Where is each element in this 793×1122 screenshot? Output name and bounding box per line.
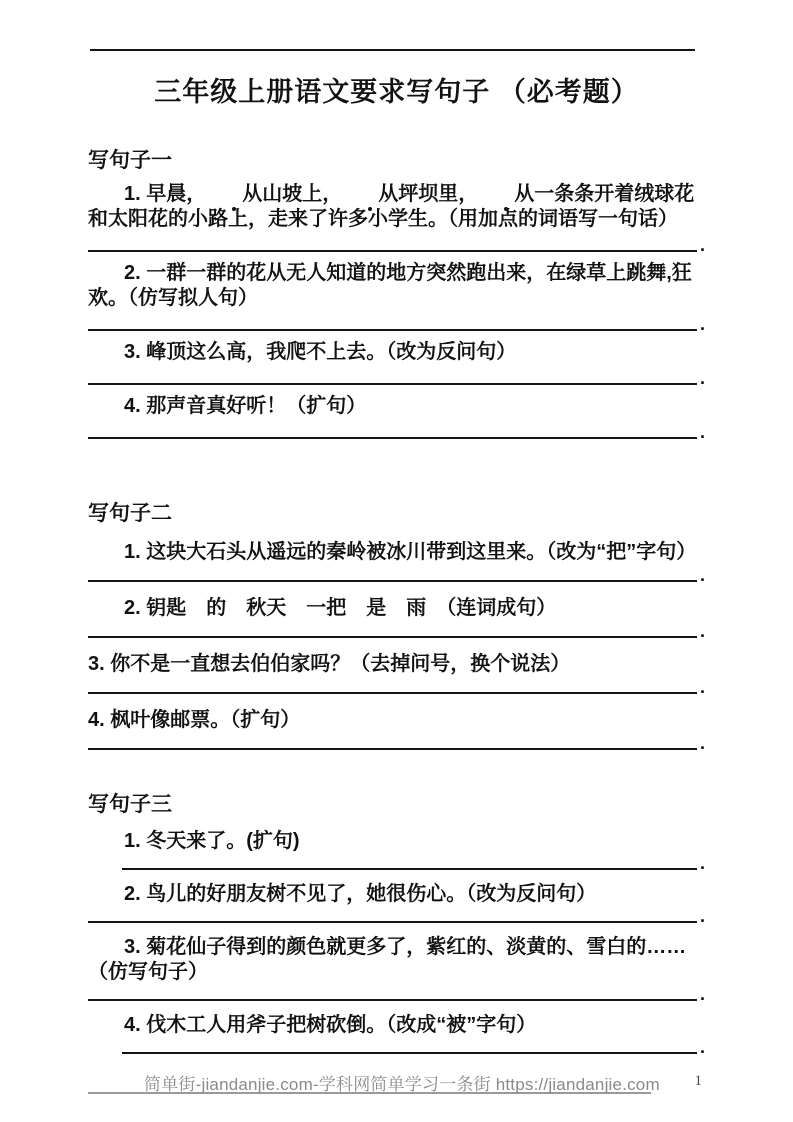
worksheet-section: 写句子一1. 早晨，从山坡上，从坪坝里，从一条条开着绒球花和太阳花的小路上，走来… (88, 148, 705, 439)
blank-line-period: . (700, 988, 705, 1000)
answer-blank-row: . (88, 733, 705, 750)
answer-blank-row: . (122, 854, 705, 870)
worksheet-page: 三年级上册语文要求写句子 （必考题） 写句子一1. 早晨，从山坡上，从坪坝里，从… (0, 0, 793, 1122)
answer-blank-line (88, 230, 697, 252)
emphasized-char: 从 (478, 182, 534, 207)
question-text-segment: 坪坝里， (398, 183, 478, 205)
answer-blank-line (88, 905, 697, 923)
answer-blank-row: . (88, 621, 705, 638)
answer-blank-row: . (88, 985, 705, 1001)
answer-blank-line (88, 363, 697, 385)
blank-line-period: . (700, 1041, 705, 1053)
blank-line-period: . (700, 681, 705, 693)
question-text: 3. 峰顶这么高，我爬不上去。（改为反问句） (88, 340, 705, 365)
answer-blank-row: . (88, 677, 705, 694)
page-title: 三年级上册语文要求写句子 （必考题） (88, 0, 705, 108)
question-text-segment: 山坡上， (262, 183, 342, 205)
question-text: 1. 冬天来了。(扩句) (88, 829, 705, 854)
blank-line-period: . (700, 239, 705, 251)
question-text: 1. 这块大石头从遥远的秦岭被冰川带到这里来。（改为“把”字句） (88, 540, 705, 565)
answer-blank-row: . (88, 419, 705, 439)
blank-line-period: . (700, 569, 705, 581)
section-heading: 写句子二 (88, 501, 705, 526)
question-text: 2. 鸟儿的好朋友树不见了，她很伤心。（改为反问句） (88, 882, 705, 907)
answer-blank-line (88, 731, 697, 750)
blank-line-period: . (700, 737, 705, 749)
answer-blank-line (122, 1036, 697, 1054)
question-text: 2. 钥匙 的 秋天 一把 是 雨 （连词成句） (88, 596, 705, 621)
answer-blank-row: . (122, 1038, 705, 1054)
blank-line-period: . (700, 318, 705, 330)
emphasized-char: 从 (342, 182, 398, 207)
emphasized-char: 从 (206, 182, 262, 207)
blank-line-period: . (700, 426, 705, 438)
answer-blank-row: . (88, 365, 705, 385)
answer-blank-line (88, 983, 697, 1001)
page-footer: 简单街-jiandanjie.com-学科网简单学习一条街 https://ji… (88, 1070, 705, 1098)
page-number: 1 (695, 1073, 703, 1090)
question-text: 3. 菊花仙子得到的颜色就更多了，紫红的、淡黄的、雪白的……（仿写句子） (88, 935, 705, 985)
answer-blank-line (88, 309, 697, 331)
question-text: 4. 枫叶像邮票。（扩句） (88, 708, 705, 733)
question-text: 4. 那声音真好听！（扩句） (88, 394, 705, 419)
worksheet-section: 写句子二1. 这块大石头从遥远的秦岭被冰川带到这里来。（改为“把”字句）.2. … (88, 501, 705, 750)
blank-line-period: . (700, 910, 705, 922)
question-text: 4. 伐木工人用斧子把树砍倒。（改成“被”字句） (88, 1013, 705, 1038)
answer-blank-line (88, 563, 697, 582)
worksheet-section: 写句子三1. 冬天来了。(扩句).2. 鸟儿的好朋友树不见了，她很伤心。（改为反… (88, 792, 705, 1054)
answer-blank-row: . (88, 311, 705, 331)
answer-blank-row: . (88, 907, 705, 923)
page-content: 三年级上册语文要求写句子 （必考题） 写句子一1. 早晨，从山坡上，从坪坝里，从… (88, 0, 705, 1054)
answer-blank-line (88, 417, 697, 439)
answer-blank-line (88, 619, 697, 638)
question-text: 2. 一群一群的花从无人知道的地方突然跑出来，在绿草上跳舞,狂欢。（仿写拟人句） (88, 261, 705, 311)
question-text: 3. 你不是一直想去伯伯家吗？（去掉问号，换个说法） (88, 652, 705, 677)
blank-line-period: . (700, 625, 705, 637)
blank-line-period: . (700, 372, 705, 384)
section-heading: 写句子三 (88, 792, 705, 817)
question-text: 1. 早晨，从山坡上，从坪坝里，从一条条开着绒球花和太阳花的小路上，走来了许多小… (88, 182, 705, 232)
answer-blank-line (88, 675, 697, 694)
footer-site-text: 简单街-jiandanjie.com-学科网简单学习一条街 https://ji… (144, 1070, 660, 1095)
blank-line-period: . (700, 857, 705, 869)
answer-blank-row: . (88, 232, 705, 252)
section-heading: 写句子一 (88, 148, 705, 173)
answer-blank-row: . (88, 565, 705, 582)
sections-container: 写句子一1. 早晨，从山坡上，从坪坝里，从一条条开着绒球花和太阳花的小路上，走来… (88, 148, 705, 1054)
question-text-segment: 1. 早晨， (124, 183, 206, 205)
answer-blank-line (122, 852, 697, 870)
